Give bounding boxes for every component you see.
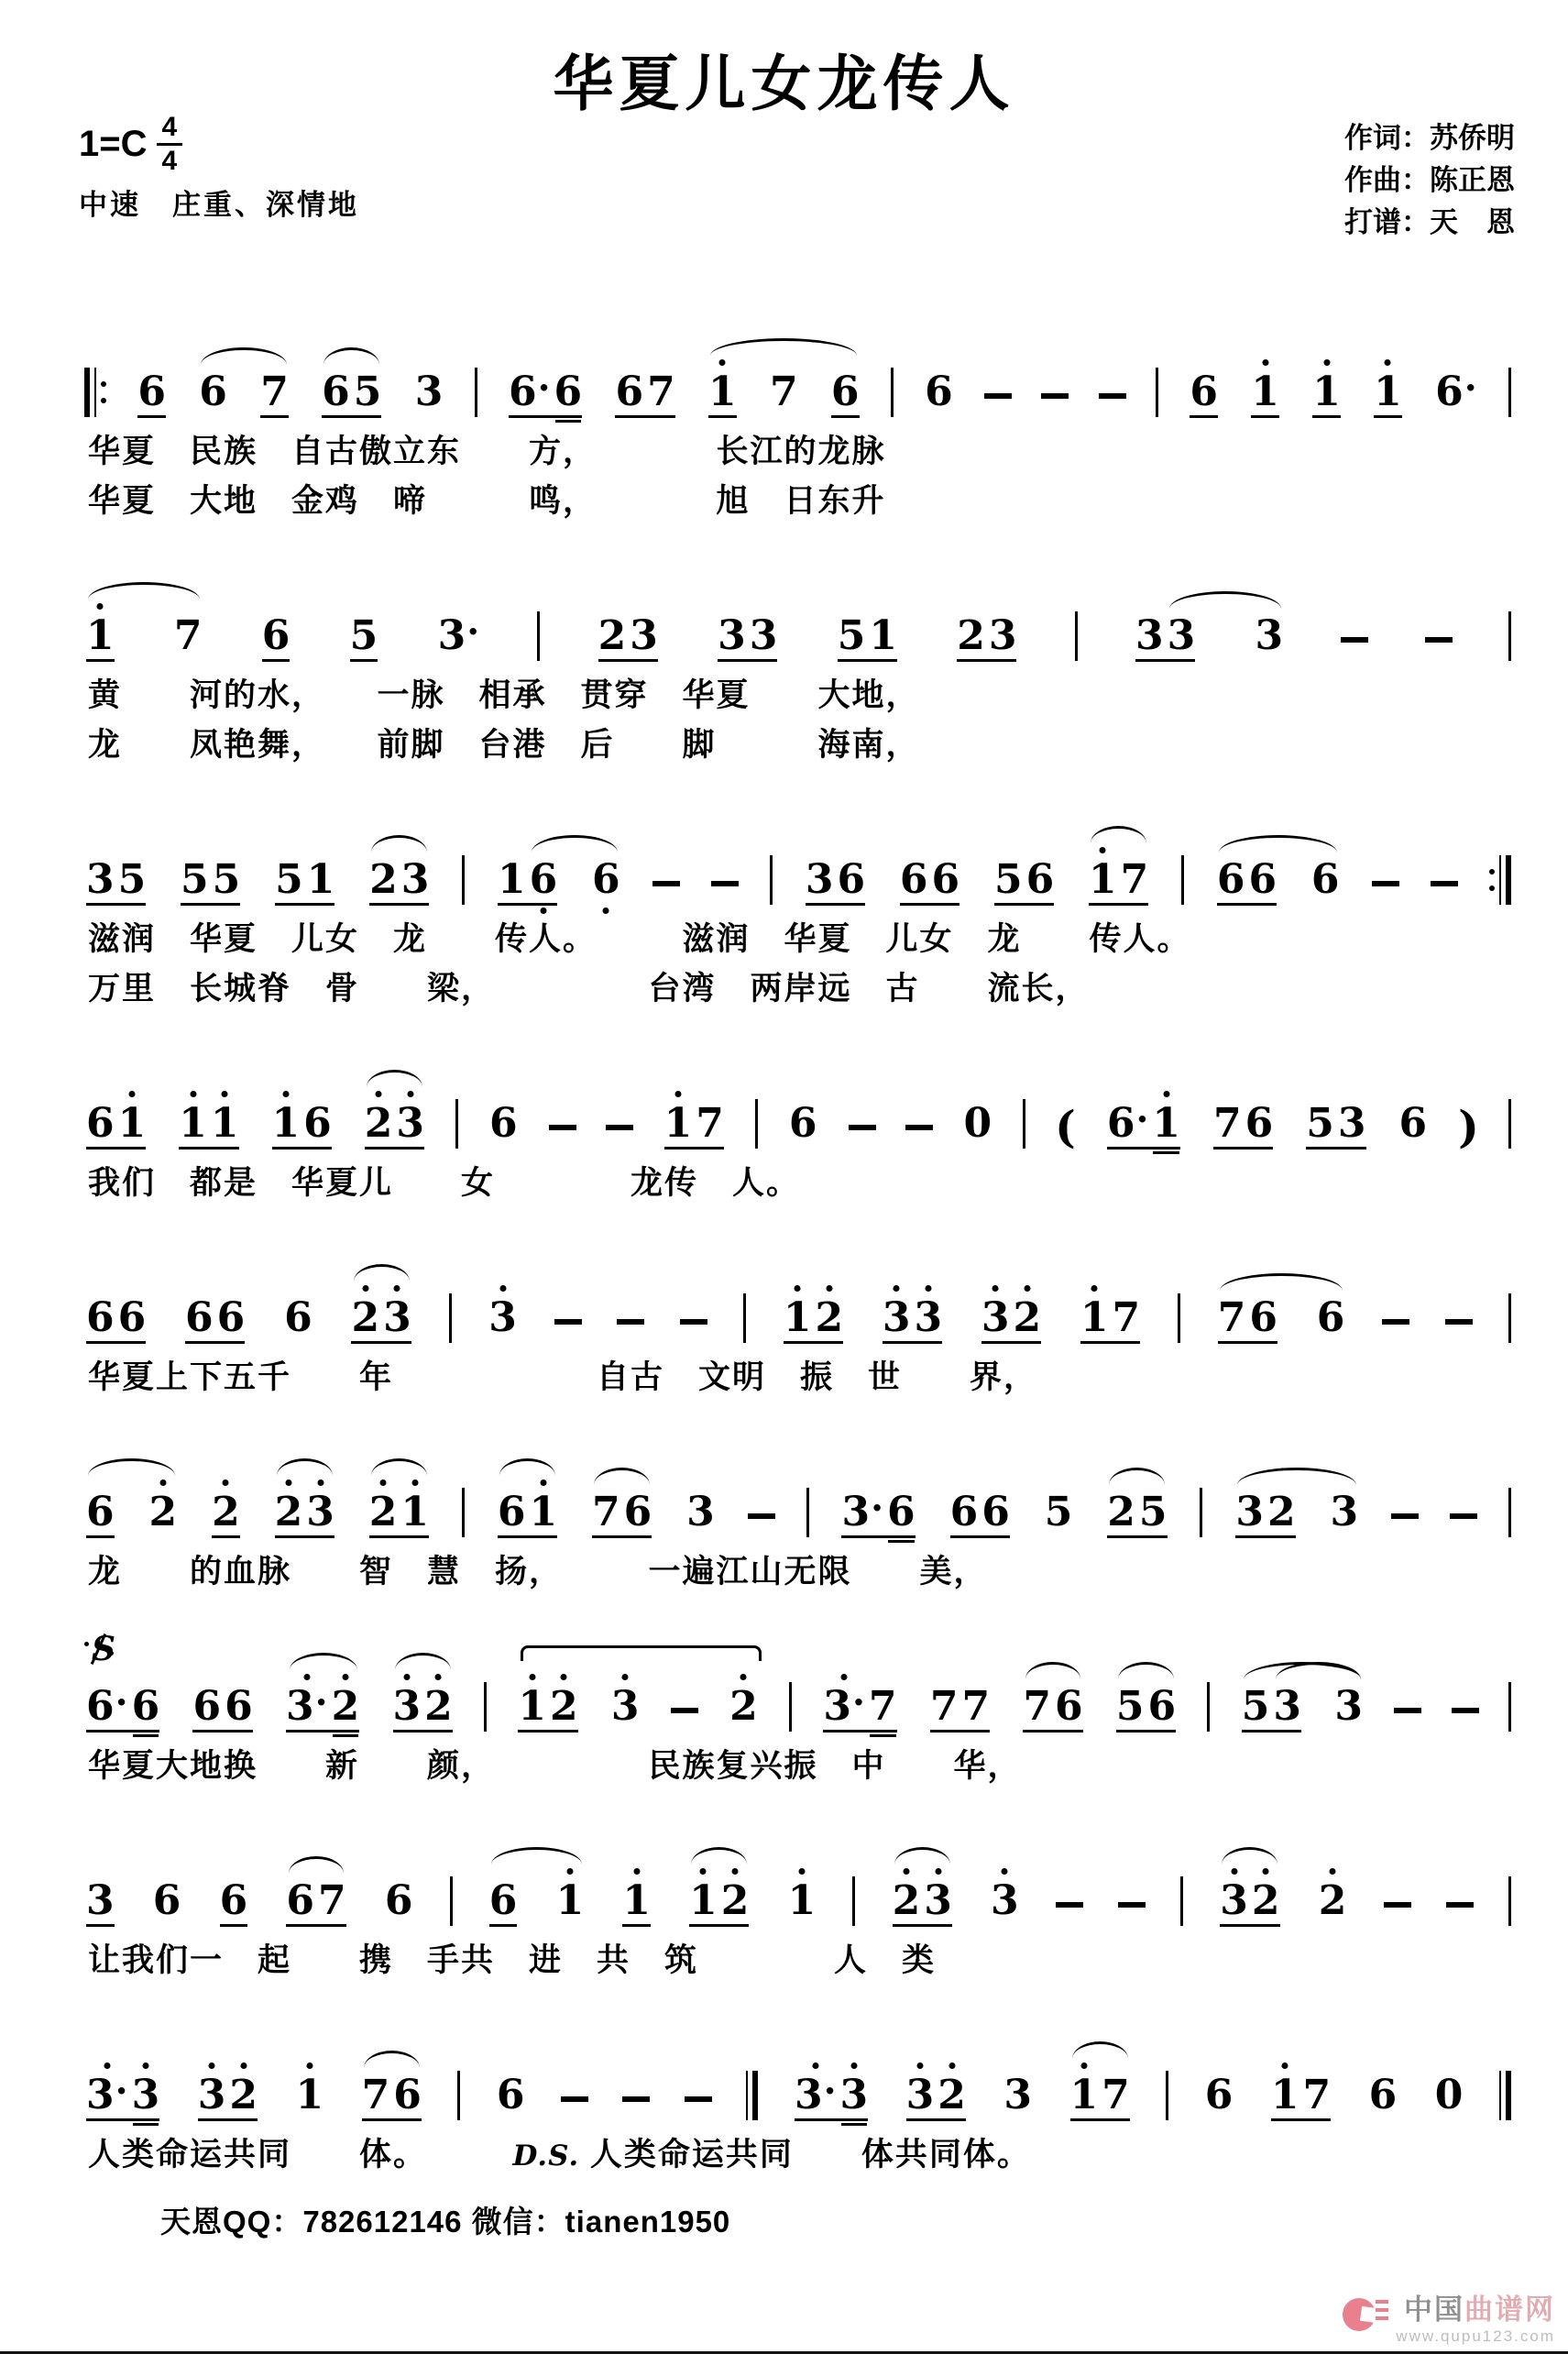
note-digit: 5: [994, 859, 1023, 901]
note-token: 6: [829, 371, 861, 413]
augmentation-dot: ·: [852, 1682, 865, 1724]
note-digit: 6: [530, 859, 558, 901]
note-digit: 1: [118, 1103, 147, 1145]
watermark-site-part1: 中国: [1404, 2293, 1464, 2326]
contact-footer: 天恩QQ：782612146 微信：tianen1950: [160, 2198, 730, 2241]
note-digit: 6: [981, 1491, 1010, 1534]
barline: [1023, 1099, 1025, 1149]
note-digit: 1: [1152, 1103, 1180, 1145]
note-token: 1: [1372, 371, 1404, 413]
note-digit: 1: [1251, 371, 1279, 413]
octave-dot-above: [362, 1285, 368, 1292]
note-unit: 25: [1105, 1491, 1168, 1545]
augmentation-dot: ·: [824, 2071, 837, 2113]
note-token: 6: [218, 1880, 250, 1922]
barline: [1075, 611, 1078, 661]
ds-marker: D.S.: [513, 2139, 580, 2172]
note-digit: 1: [1070, 2074, 1099, 2117]
note-unit: 1: [84, 615, 116, 668]
augmentation-dot: ·: [466, 611, 479, 654]
note-digit: 6: [1248, 859, 1277, 901]
note-digit: 6: [322, 371, 350, 413]
note-token: 3: [391, 1686, 423, 1728]
note-unit: 23: [367, 859, 431, 912]
note-digit: 7: [696, 1103, 724, 1145]
bar-thin: [746, 2071, 748, 2120]
note-unit: 6: [84, 1491, 116, 1545]
note-token: 2: [349, 1297, 381, 1339]
repeat-dot: [101, 381, 106, 387]
note-unit: 3·2: [284, 1686, 361, 1739]
note-token: 6: [980, 1491, 1012, 1534]
repeat-dot: [101, 398, 106, 403]
note-token: 3: [1336, 1103, 1368, 1145]
note-token: 2: [367, 859, 400, 901]
note-token: 3: [1254, 615, 1286, 657]
repeat-close: [1489, 855, 1511, 905]
lyric-text: 华夏上下五千 年 自古 文明 振 世 界，: [88, 1359, 1037, 1395]
note-token: 1: [399, 1491, 431, 1534]
dash-extension: [849, 1125, 876, 1130]
composer-credit: 作曲：陈正恩: [1344, 159, 1515, 202]
note-token: 5: [179, 859, 211, 901]
barline: [1180, 1876, 1183, 1926]
note-unit: 7: [172, 615, 204, 668]
dash-extension: [549, 1125, 576, 1130]
dash-extension: [1425, 637, 1453, 643]
note-token: 3: [381, 1297, 413, 1339]
note-unit: 1: [786, 1880, 818, 1933]
note-digit: 5: [118, 859, 147, 901]
lyrics-line: 华夏上下五千 年 自古 文明 振 世 界，: [88, 1356, 1515, 1400]
note-token: 6·: [84, 1686, 130, 1728]
note-token: 6·: [1433, 371, 1479, 413]
barline: [755, 1099, 758, 1149]
note-digit: 3: [198, 2074, 226, 2117]
octave-dot-above: [411, 1479, 418, 1486]
note-digit: 1: [272, 1103, 301, 1145]
note-token: 3: [1332, 1686, 1365, 1728]
note-digit: 1: [1374, 371, 1402, 413]
note-token: 6: [260, 615, 292, 657]
slur-arc: [1222, 1847, 1277, 1864]
note-token: 6: [622, 1491, 654, 1534]
note-token: 7: [1212, 1103, 1244, 1145]
note-token: 6: [1310, 859, 1342, 901]
octave-dot-below: [603, 907, 609, 914]
note-digit: 6: [615, 371, 643, 413]
note-token: 3·: [793, 2074, 839, 2117]
note-unit: 6: [260, 615, 292, 668]
note-digit: 3: [981, 1297, 1010, 1339]
note-unit: 61: [496, 1491, 559, 1545]
note-digit: 3: [488, 1297, 517, 1339]
note-token: 7: [768, 371, 800, 413]
note-unit: 23: [955, 615, 1018, 668]
augmentation-dot: ·: [1464, 368, 1477, 410]
note-digit: 6: [286, 1880, 314, 1922]
slur-arc: [395, 1653, 451, 1670]
note-unit: 6: [136, 371, 168, 424]
note-digit: 2: [351, 1297, 379, 1339]
note-token: 1: [786, 1880, 818, 1922]
note-unit: 0: [1433, 2074, 1465, 2128]
dash-extension: [905, 1125, 933, 1130]
note-unit: 33: [881, 1297, 944, 1350]
augmentation-dot: ·: [315, 1682, 328, 1724]
note-digit: 1: [295, 2074, 323, 2117]
note-digit: 7: [174, 615, 203, 657]
dash-extension: [1384, 1902, 1411, 1908]
note-token: 7: [258, 371, 291, 413]
note-digit: 0: [1435, 2074, 1464, 2117]
note-digit: 7: [1102, 2074, 1130, 2117]
repeat-dots: [1489, 855, 1495, 905]
note-token: 6: [1244, 1103, 1276, 1145]
dash-extension: [680, 1319, 707, 1325]
octave-dot-above: [317, 1479, 323, 1486]
note-token: 2: [719, 1880, 751, 1922]
barline: [1508, 368, 1511, 417]
note-digit: 2: [938, 2074, 966, 2117]
note-digit: 6: [284, 1297, 313, 1339]
octave-dot-above: [841, 1674, 848, 1680]
note-unit: 17: [663, 1103, 726, 1156]
note-unit: 3: [685, 1491, 717, 1545]
note-token: 2: [728, 1686, 760, 1728]
note-digit: 6: [1205, 2074, 1234, 2117]
system: 6·6663·23212323·7777656533S华夏大地换 新 颜， 民族…: [81, 1631, 1515, 1788]
note-digit: 3: [806, 859, 834, 901]
octave-dot-above: [303, 1674, 310, 1680]
note-unit: 6: [1203, 2074, 1235, 2128]
note-digit: 7: [1303, 2074, 1332, 2117]
note-token: 7: [1021, 1686, 1053, 1728]
octave-dot-above: [1330, 1868, 1336, 1875]
note-unit: 35: [84, 859, 148, 912]
dash-extension: [1041, 393, 1069, 399]
dash-extension: [1391, 1513, 1419, 1519]
note-token: 6: [613, 371, 645, 413]
note-unit: 1: [1249, 371, 1281, 424]
note-token: 6: [302, 1103, 334, 1145]
watermark-text: 中国曲谱网 www.qupu123.com: [1396, 2294, 1555, 2346]
note-unit: 6·6: [84, 1686, 161, 1739]
note-unit: 2: [1317, 1880, 1349, 1933]
lyric-text: 龙 凤艳舞， 前脚 台港 后 脚 海南，: [88, 727, 920, 763]
note-token: 6·: [1105, 1103, 1151, 1145]
note-digit: 7: [362, 2074, 390, 2117]
note-unit: 0: [962, 1103, 994, 1156]
augmentation-dot: ·: [1135, 1099, 1148, 1141]
octave-dot-above: [435, 1674, 442, 1680]
note-digit: 7: [1218, 1297, 1246, 1339]
note-digit: 3: [1334, 1686, 1363, 1728]
note-token: 3: [487, 1297, 519, 1339]
note-token: 6: [1025, 859, 1057, 901]
note-unit: 23: [363, 1103, 426, 1156]
note-token: 3: [1271, 1686, 1303, 1728]
note-digit: 3: [1135, 615, 1164, 657]
note-token: 6: [488, 1103, 520, 1145]
note-token: 0: [962, 1103, 994, 1145]
note-digit: 5: [275, 859, 303, 901]
note-digit: 3: [924, 1880, 952, 1922]
note-token: 6: [151, 1880, 183, 1922]
note-unit: 17: [1087, 859, 1150, 912]
note-token: 1: [305, 859, 337, 901]
note-unit: 6: [1398, 1103, 1430, 1156]
score: 6676536·667176661116·华夏 民族 自古傲立东 方， 长江的龙…: [81, 316, 1515, 2215]
slur-arc: [1169, 591, 1281, 609]
note-token: 3: [609, 1686, 641, 1728]
note-unit: 3: [1328, 1491, 1360, 1545]
note-digit: 3: [906, 2074, 935, 2117]
note-digit: 2: [1252, 1880, 1280, 1922]
note-unit: 76: [1021, 1686, 1084, 1739]
note-digit: 2: [365, 1103, 393, 1145]
octave-dot-above: [104, 2062, 110, 2069]
note-digit: 2: [229, 2074, 258, 2117]
barline: [462, 855, 465, 905]
octave-dot-above: [903, 1868, 909, 1875]
note-digit: 7: [1213, 1103, 1242, 1145]
note-digit: 6: [1249, 1297, 1277, 1339]
note-unit: 66: [191, 1686, 254, 1739]
note-unit: 6: [151, 1880, 183, 1933]
note-unit: 66: [948, 1491, 1012, 1545]
slur-arc: [371, 835, 427, 852]
note-digit: 3: [396, 1103, 424, 1145]
note-digit: 6: [86, 1491, 115, 1534]
repeat-dots: [101, 368, 106, 417]
note-digit: 2: [1107, 1491, 1135, 1534]
dash-extension: [606, 1125, 633, 1130]
note-token: 1: [687, 1880, 719, 1922]
augmentation-dot: ·: [115, 2071, 128, 2113]
note-token: 3: [881, 1297, 913, 1339]
note-unit: 1: [1372, 371, 1404, 424]
note-digit: 7: [770, 371, 798, 413]
octave-dot-above: [209, 2062, 215, 2069]
transcriber-credit: 打谱：天 恩: [1344, 202, 1515, 244]
note-token: 3: [685, 1491, 717, 1534]
note-token: 1: [1087, 859, 1119, 901]
note-unit: 36: [804, 859, 867, 912]
octave-dot-above: [240, 2062, 247, 2069]
note-unit: 67: [284, 1880, 347, 1933]
watermark: 中国曲谱网 www.qupu123.com: [1343, 2294, 1555, 2346]
slur-arc: [364, 2051, 420, 2068]
note-digit: 2: [721, 1880, 750, 1922]
note-digit: 5: [350, 615, 378, 657]
note-unit: 6: [923, 371, 955, 424]
segno-dot: [84, 1642, 89, 1646]
bar-thick: [1506, 2071, 1511, 2120]
note-digit: 1: [1271, 2074, 1299, 2117]
note-digit: 3: [1330, 1491, 1358, 1534]
octave-dot-above: [798, 1868, 805, 1875]
note-digit: 1: [1089, 859, 1117, 901]
note-digit: 1: [869, 615, 897, 657]
note-token: 6: [553, 371, 585, 413]
note-digit: 2: [275, 1491, 303, 1534]
note-unit: 23: [891, 1880, 954, 1933]
note-digit: 3: [86, 1880, 115, 1922]
note-digit: 5: [838, 615, 866, 657]
time-signature: 4 4: [157, 112, 183, 177]
barline: [1508, 1099, 1511, 1149]
note-digit: 6: [1311, 859, 1340, 901]
note-unit: 6: [488, 1103, 520, 1156]
note-token: 5: [1043, 1491, 1075, 1534]
octave-dot-above: [223, 1479, 229, 1486]
dash-extension: [554, 1319, 582, 1325]
note-token: 2: [330, 1686, 362, 1728]
octave-dot-above: [529, 1674, 535, 1680]
note-unit: 76: [590, 1491, 653, 1545]
note-token: 6: [787, 1103, 819, 1145]
note-unit: 2: [148, 1491, 180, 1545]
octave-dot-above: [812, 2062, 818, 2069]
note-digit: 3: [883, 1297, 911, 1339]
note-unit: 6: [1188, 371, 1220, 424]
note-unit: 53: [1304, 1103, 1367, 1156]
octave-dot-above: [674, 1091, 681, 1097]
note-unit: 3: [1254, 615, 1286, 668]
octave-dot-above: [540, 1479, 546, 1486]
barline: [1508, 611, 1511, 661]
octave-dot-above: [561, 1674, 567, 1680]
note-token: 2: [936, 2074, 968, 2117]
lyrics-line: 龙 凤艳舞， 前脚 台港 后 脚 海南，: [88, 723, 1515, 767]
note-digit: 3: [1235, 1491, 1264, 1534]
note-unit: 76: [360, 2074, 423, 2128]
repeat-dot: [1489, 885, 1495, 891]
note-digit: 1: [556, 1880, 585, 1922]
note-token: 2: [1105, 1491, 1137, 1534]
barline: [1508, 1876, 1511, 1926]
slur-arc: [691, 1847, 747, 1864]
bar-thin: [1499, 855, 1501, 905]
octave-dot-above: [1263, 1868, 1269, 1875]
dash-extension: [1118, 1902, 1146, 1908]
note-token: 7: [928, 1686, 960, 1728]
system: 3555512316636665617666滋润 华夏 儿女 龙 传人。 滋润 …: [81, 804, 1515, 1011]
note-digit: 3: [991, 1880, 1019, 1922]
note-digit: 3: [914, 1297, 942, 1339]
note-token: 6: [391, 2074, 423, 2117]
note-token: 3: [912, 1297, 944, 1339]
octave-dot-above: [700, 1868, 707, 1875]
barline: [1166, 2071, 1168, 2120]
note-unit: 6: [1315, 1297, 1347, 1350]
note-digit: 6: [624, 1491, 652, 1534]
note-digit: 6: [1026, 859, 1055, 901]
lyrics-line: 滋润 华夏 儿女 龙 传人。 滋润 华夏 儿女 龙 传人。: [88, 918, 1515, 962]
note-unit: 2: [210, 1491, 242, 1545]
note-unit: 12: [782, 1297, 845, 1350]
note-digit: 2: [212, 1491, 240, 1534]
tie-bracket: [521, 1645, 762, 1661]
lyrics-line: 龙 的血脉 智 慧 扬， 一遍江山无限 美，: [88, 1550, 1515, 1594]
note-digit: 6: [837, 859, 865, 901]
note-unit: 3: [84, 1880, 116, 1933]
note-token: 1: [1269, 2074, 1301, 2117]
octave-dot-above: [159, 1479, 166, 1486]
note-digit: 3: [795, 2074, 823, 2117]
note-token: 6: [84, 1491, 116, 1534]
dash-extension: [622, 2096, 650, 2102]
slur-arc: [1025, 1662, 1081, 1679]
note-token: 1: [1069, 2074, 1101, 2117]
note-unit: 56: [1114, 1686, 1178, 1739]
note-token: 6: [1188, 371, 1220, 413]
notes-line: 6·6663·23212323·7777656533S: [81, 1631, 1515, 1739]
note-digit: 6: [86, 1686, 115, 1728]
qupu-logo-icon: [1343, 2294, 1388, 2338]
note-digit: 1: [689, 1880, 718, 1922]
note-unit: 3·3: [84, 2074, 161, 2128]
note-digit: 3: [393, 1686, 422, 1728]
notes-line: 6666623312333217766: [81, 1242, 1515, 1350]
meter-numerator: 4: [157, 112, 183, 146]
lyric-text: 滋润 华夏 儿女 龙 传人。 滋润 华夏 儿女 龙 传人。: [88, 921, 1191, 957]
octave-dot-above: [282, 1091, 289, 1097]
note-digit: 2: [1014, 1297, 1042, 1339]
note-token: 3: [84, 1880, 116, 1922]
note-digit: 1: [86, 615, 115, 657]
note-digit: 7: [1113, 1297, 1141, 1339]
slur-arc: [354, 1264, 410, 1281]
final-barline: [746, 2071, 758, 2120]
note-digit: 3: [438, 615, 466, 657]
note-token: 7: [1216, 1297, 1248, 1339]
note-unit: 17: [1269, 2074, 1332, 2128]
note-digit: 3: [989, 615, 1017, 657]
note-token: 3: [400, 859, 432, 901]
octave-dot-above: [935, 1868, 941, 1875]
note-token: 6: [1247, 1297, 1279, 1339]
barline: [806, 1488, 809, 1537]
note-token: 6: [898, 859, 930, 901]
octave-dot-above: [407, 1091, 413, 1097]
note-token: 3·: [821, 1686, 867, 1728]
note-unit: 1: [707, 371, 739, 424]
note-token: 6: [84, 1103, 116, 1145]
repeat-dot: [1489, 869, 1495, 874]
note-unit: 66: [898, 859, 961, 912]
slur-arc: [277, 1458, 333, 1476]
note-digit: 6: [153, 1880, 181, 1922]
note-token: 6: [885, 1491, 917, 1534]
note-unit: 3·: [436, 615, 482, 668]
octave-dot-above: [948, 2062, 955, 2069]
note-digit: 3: [1003, 2074, 1032, 2117]
note-digit: 5: [1139, 1491, 1168, 1534]
barline: [1181, 855, 1184, 905]
note-token: 1: [177, 1103, 209, 1145]
octave-dot-above: [1163, 1091, 1169, 1097]
note-unit: 6·6: [507, 371, 584, 424]
note-unit: 17: [1069, 2074, 1132, 2128]
note-unit: 32: [1234, 1491, 1297, 1545]
lyric-text: 华夏大地换 新 颜， 民族复兴振 中 华，: [88, 1748, 1022, 1784]
note-unit: 6: [590, 859, 622, 912]
note-token: 6: [116, 1297, 148, 1339]
note-digit: 3: [1220, 1880, 1248, 1922]
note-digit: 7: [961, 1686, 990, 1728]
